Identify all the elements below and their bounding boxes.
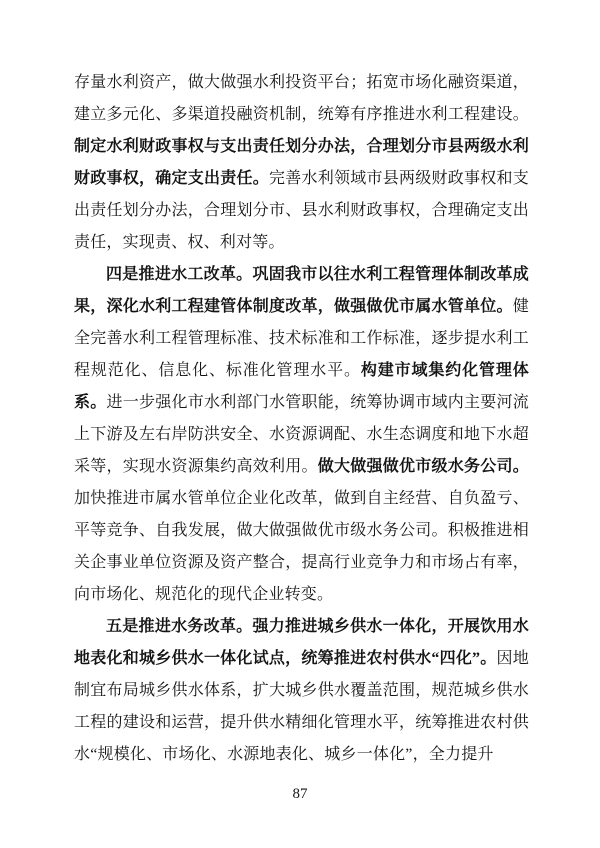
- document-body: 存量水利资产，做大做强水利投资平台；拓宽市场化融资渠道，建立多元化、多渠道投融资…: [74, 67, 529, 771]
- emphasis-text-run: 做大做强做优市级水务公司。: [318, 458, 529, 475]
- paragraph: 四是推进水工改革。巩固我市以往水利工程管理体制改革成果，深化水利工程建管体制度改…: [74, 259, 529, 611]
- document-page: 存量水利资产，做大做强水利投资平台；拓宽市场化融资渠道，建立多元化、多渠道投融资…: [0, 0, 600, 848]
- text-run: 存量水利资产，做大做强水利投资平台；拓宽市场化融资渠道，建立多元化、多渠道投融资…: [74, 74, 529, 123]
- paragraph: 五是推进水务改革。强力推进城乡供水一体化，开展饮用水地表化和城乡供水一体化试点，…: [74, 611, 529, 771]
- emphasis-text-run: 五是推进水务改革。强力推进城乡供水一体化，开展饮用水地表化和城乡供水一体化试点，…: [74, 618, 529, 667]
- page-number: 87: [0, 784, 600, 804]
- text-run: 加快推进市属水管单位企业化改革，做到自主经营、自负盈亏、平等竞争、自我发展，做大…: [74, 490, 529, 603]
- paragraph: 存量水利资产，做大做强水利投资平台；拓宽市场化融资渠道，建立多元化、多渠道投融资…: [74, 67, 529, 259]
- emphasis-text-run: 四是推进水工改革。巩固我市以往水利工程管理体制改革成果，深化水利工程建管体制度改…: [74, 266, 529, 315]
